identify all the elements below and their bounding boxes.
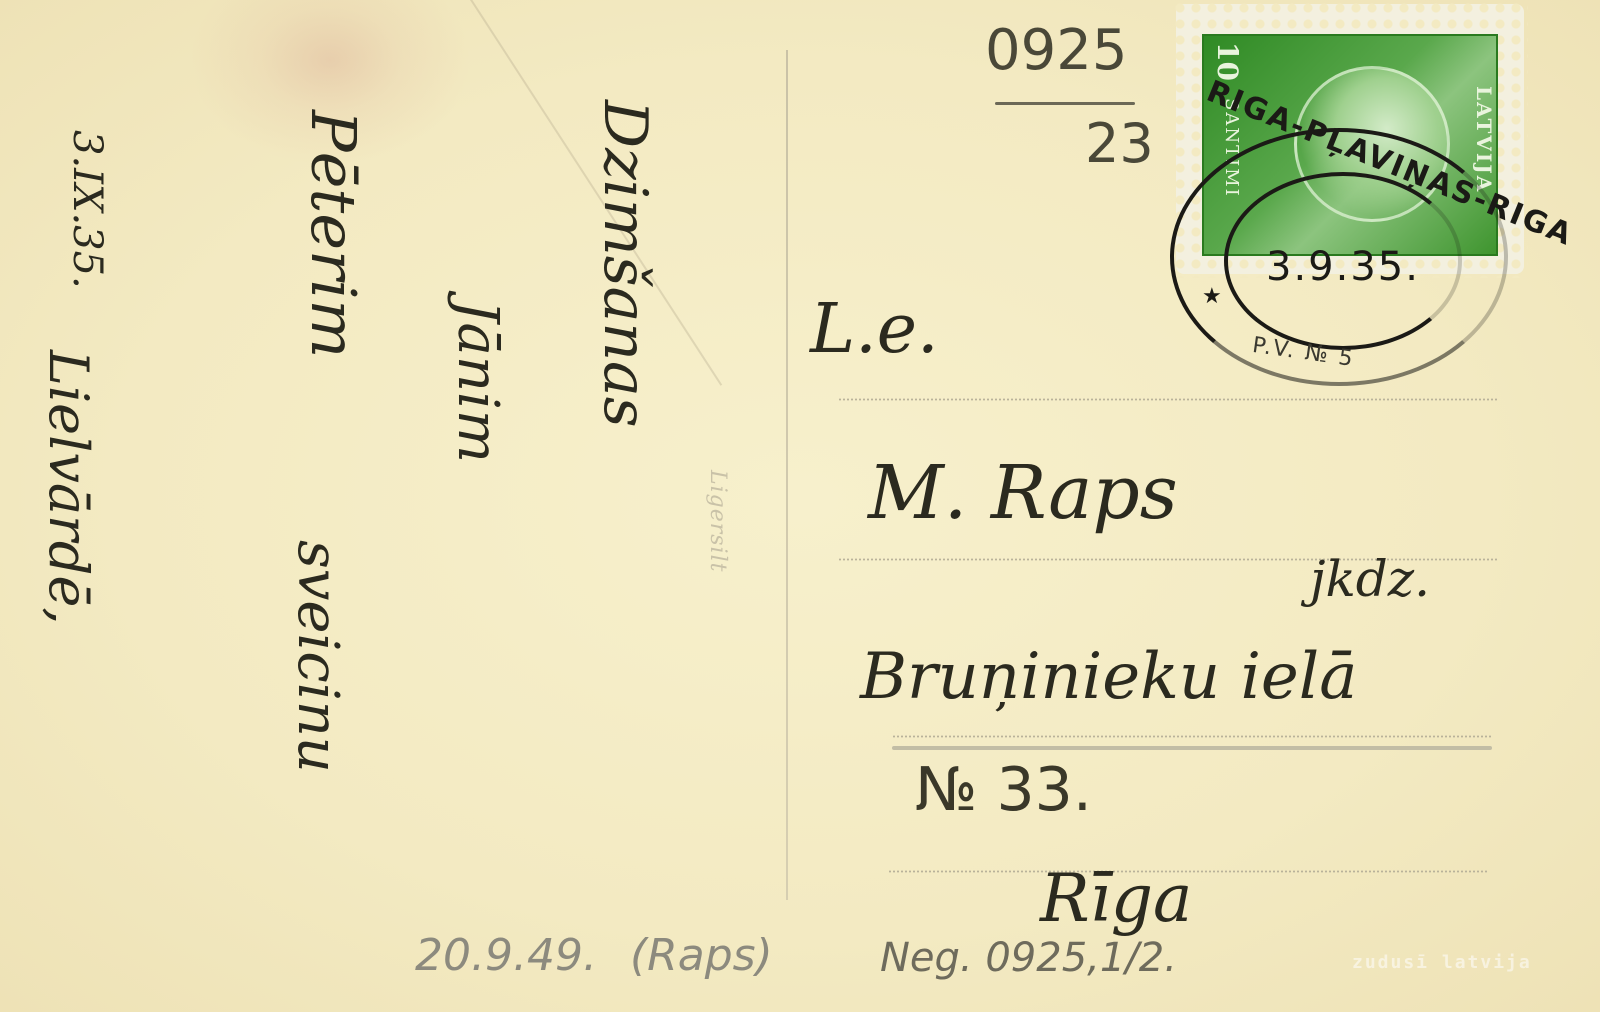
address-street: Bruņinieku ielā [860,640,1357,714]
center-divider [786,50,788,900]
address-line-3 [892,735,1492,738]
message-line-recipient: Jānim [445,300,510,463]
address-line-1 [838,398,1498,401]
address-honorific: jkdz. [1310,550,1430,608]
message-line-greeting: Dzimšanas [590,100,660,428]
pencil-note-negative: Neg. 0925,1/2. [880,935,1177,981]
postcard-back: Dzimšanas Jānim Pēterim sveicinu 3.IX.35… [0,0,1600,1012]
archive-number-bottom: 23 [1085,112,1154,175]
message-date: 3.IX.35. [64,130,110,289]
postmark: RIGA-PĻAVIŅAS-RIGA ★ 3.9.35. P.V. № 5 [1170,128,1508,386]
pencil-note-name: (Raps) [630,930,773,981]
message-line-name: Pēterim [297,110,370,358]
postmark-star-icon: ★ [1202,284,1222,309]
address-underline [892,746,1492,750]
archive-number-top: 0925 [985,18,1128,83]
watermark: zudusī latvija [1352,952,1532,973]
postmark-date: 3.9.35. [1266,244,1420,290]
message-place: Lielvārdē, [37,350,100,625]
address-salutation: L.e. [810,290,939,369]
address-name: M. Raps [868,450,1178,536]
stamp-country: LATVIJA [1472,86,1496,193]
pencil-note-date: 20.9.49. [415,930,597,981]
archive-number-rule [995,102,1135,105]
publisher-mark: Ligersilt [705,470,730,572]
address-house: № 33. [915,755,1092,825]
address-city: Rīga [1040,860,1192,937]
message-line-greets: sveicinu [285,540,350,773]
